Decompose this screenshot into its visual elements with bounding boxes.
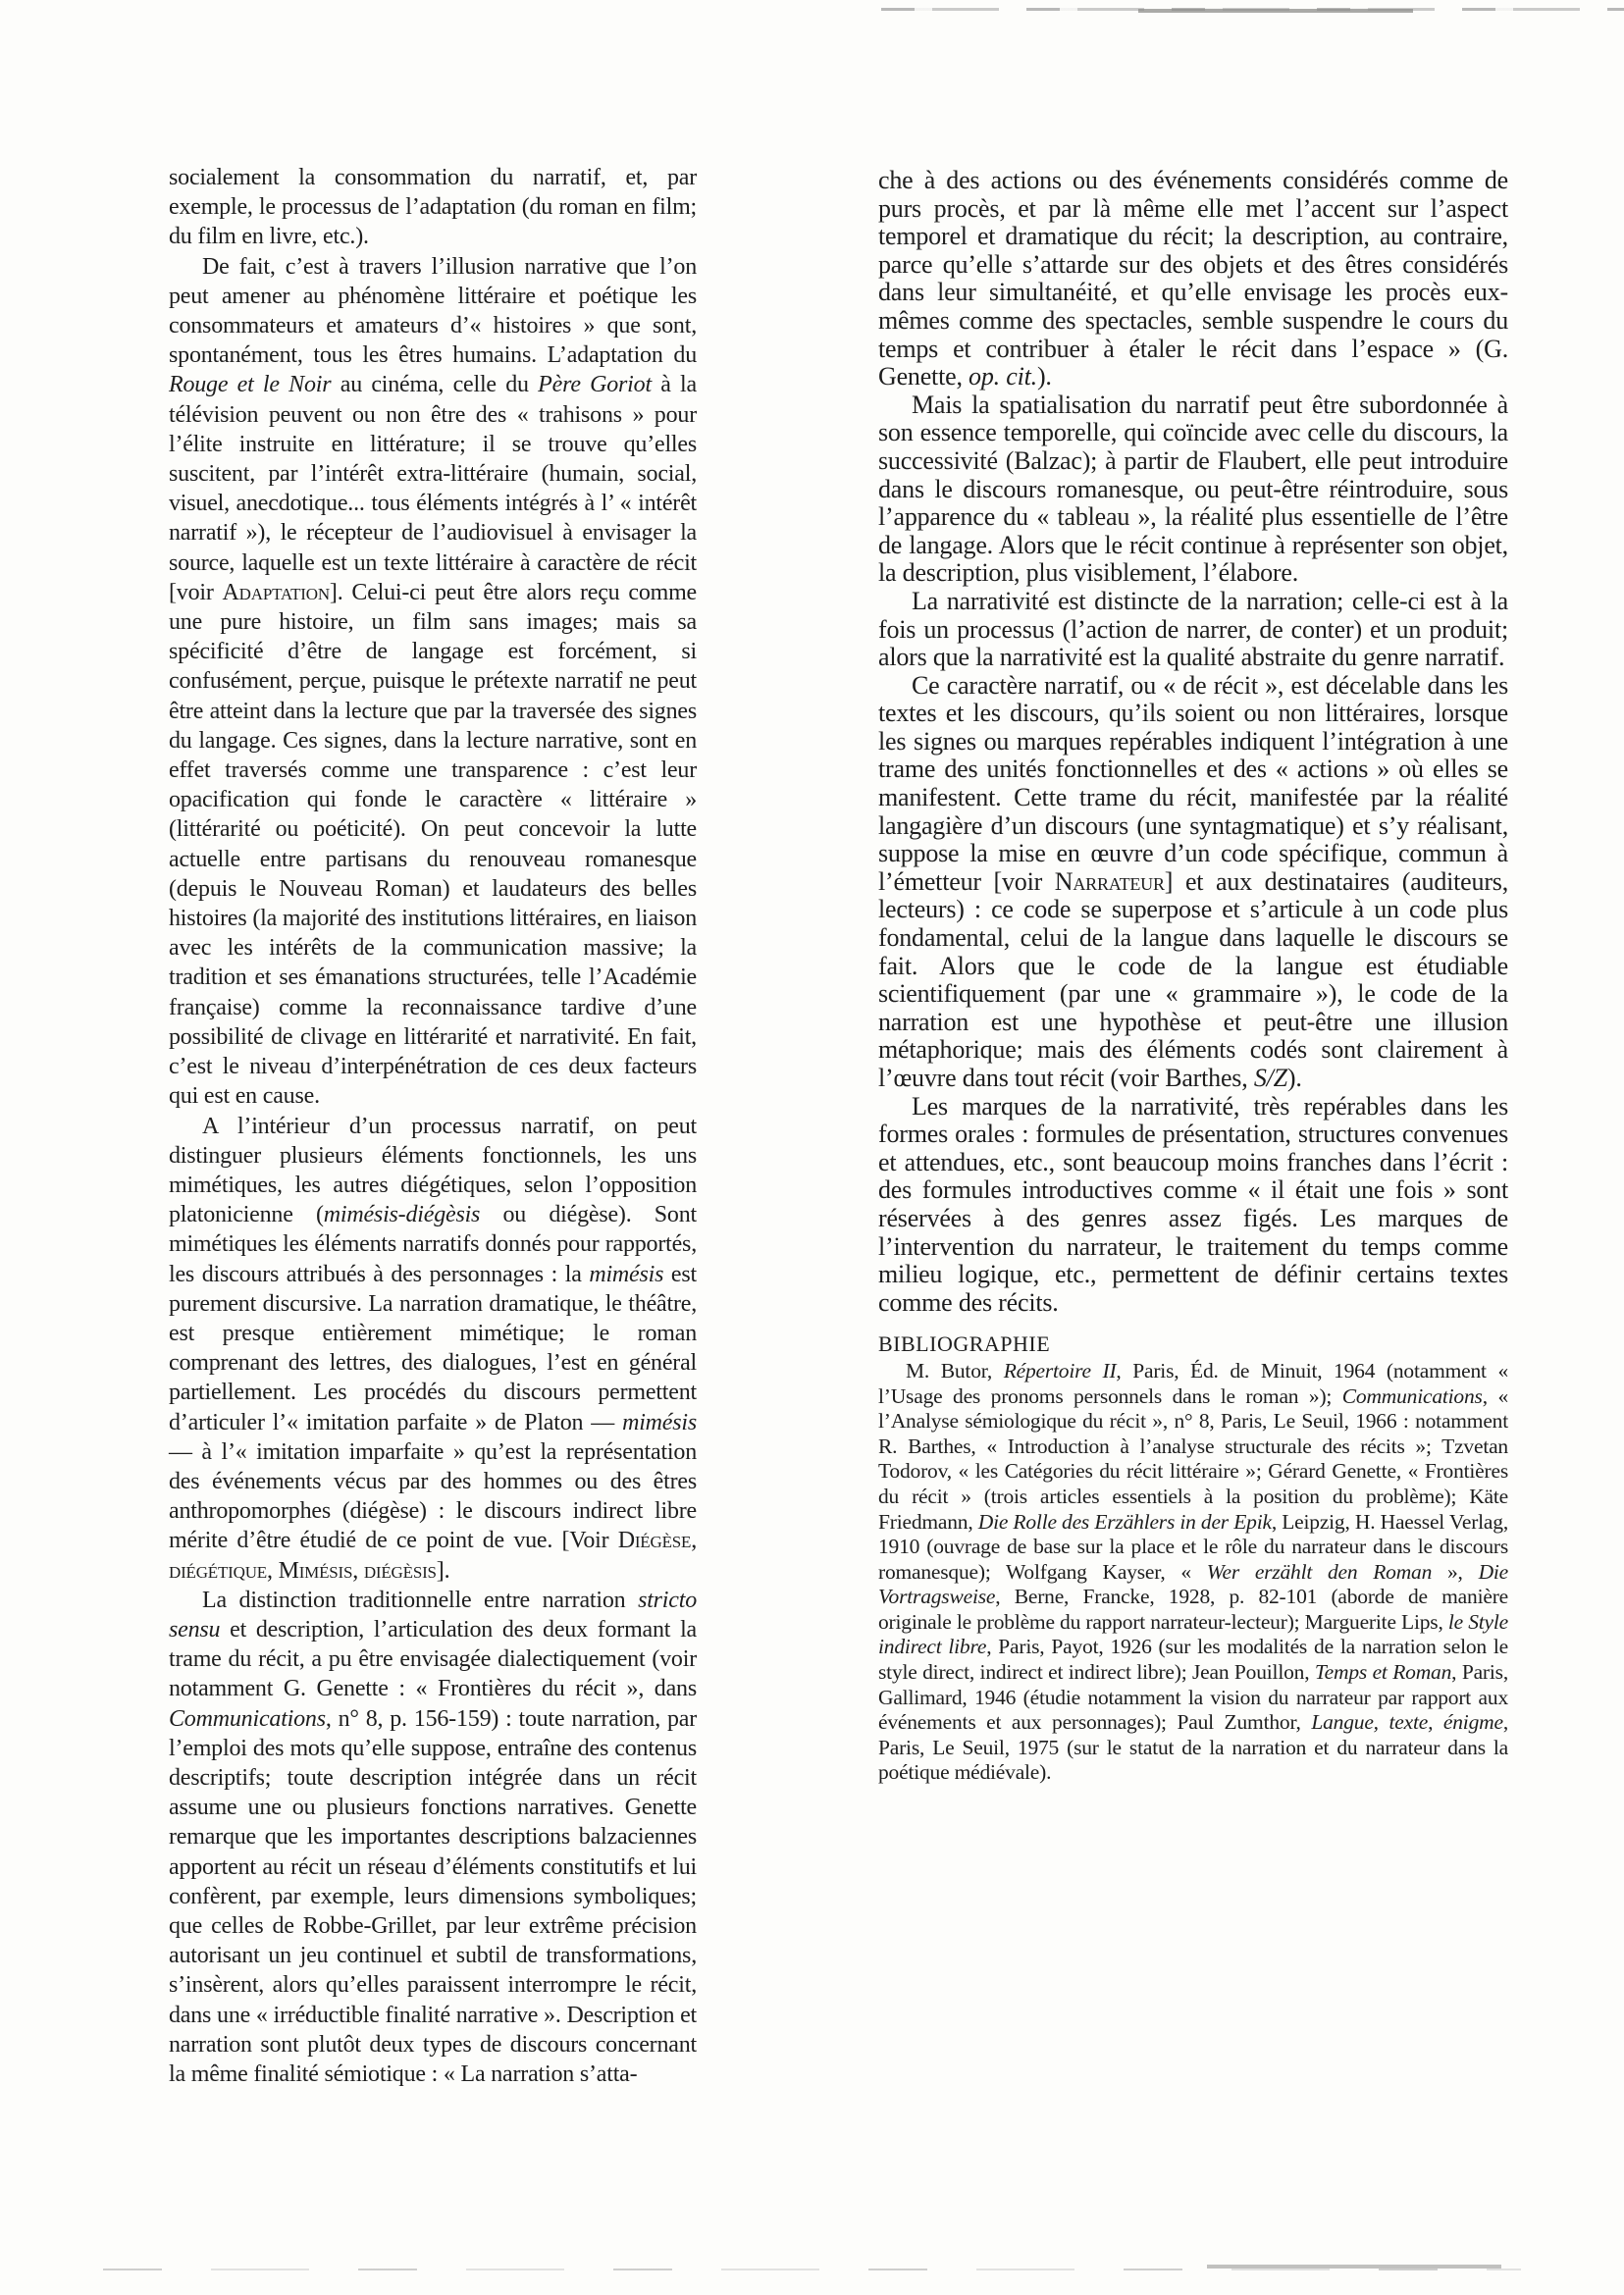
paragraph: M. Butor, Répertoire II, Paris, Éd. de M… (878, 1359, 1508, 1786)
paragraph: La narrativité est distincte de la narra… (878, 588, 1508, 672)
body-text: La narrativité est distincte de la narra… (878, 587, 1508, 671)
body-text: au cinéma, celle du (331, 372, 538, 397)
body-text: ). (1287, 1064, 1302, 1092)
body-text: socialement la consommation du narratif,… (169, 165, 697, 249)
italic-text: S/Z (1254, 1064, 1287, 1092)
body-text: à la télévision peuvent ou non être des … (169, 372, 697, 604)
small-caps-cross-reference: Adaptation (223, 580, 330, 605)
italic-text: Langue, texte, énigme (1311, 1710, 1502, 1734)
italic-text: mimésis (622, 1410, 697, 1435)
paragraph: Les marques de la narrativité, très repé… (878, 1093, 1508, 1318)
body-text: ]. Celui-ci peut être alors reçu comme u… (169, 580, 697, 1109)
body-text: ). (1037, 362, 1052, 391)
italic-text: Wer erzählt den Roman (1207, 1560, 1432, 1584)
body-text: La distinction traditionnelle entre narr… (202, 1588, 638, 1613)
body-text: », (1432, 1560, 1478, 1584)
scan-artifact-bottom-line (103, 2269, 1521, 2270)
body-text: che à des actions ou des événements cons… (878, 166, 1508, 391)
paragraph: La distinction traditionnelle entre narr… (169, 1586, 697, 2089)
paragraph: De fait, c’est à travers l’illusion narr… (169, 252, 697, 1112)
body-text: Les marques de la narrativité, très repé… (878, 1092, 1508, 1317)
body-text: ] et aux destinataires (auditeurs, lecte… (878, 867, 1508, 1092)
body-text: Ce caractère narratif, ou « de récit », … (878, 671, 1508, 896)
italic-text: mimésis (589, 1262, 663, 1287)
body-text: M. Butor, (906, 1359, 1004, 1382)
italic-text: mimésis-diégèsis (324, 1202, 480, 1227)
body-text: et description, l’articulation des deux … (169, 1617, 697, 1701)
body-text: , n° 8, p. 156-159) : toute narration, p… (169, 1706, 697, 2087)
italic-text: Die Rolle des Erzählers in der Epik (978, 1510, 1272, 1534)
right-column-body: che à des actions ou des événements cons… (878, 167, 1508, 1317)
paragraph: che à des actions ou des événements cons… (878, 167, 1508, 391)
scan-artifact-bottom-line-dark (1207, 2265, 1501, 2269)
bibliography-heading: BIBLIOGRAPHIE (878, 1330, 1508, 1359)
italic-text: Temps et Roman (1315, 1660, 1451, 1684)
scan-artifact-top-line-dark (1138, 9, 1413, 13)
paragraph: Ce caractère narratif, ou « de récit », … (878, 672, 1508, 1093)
italic-text: Communications (1342, 1384, 1483, 1408)
italic-text: Rouge et le Noir (169, 372, 331, 397)
italic-text: Père Goriot (538, 372, 652, 397)
body-text: De fait, c’est à travers l’illusion narr… (169, 254, 697, 369)
paragraph: Mais la spatialisation du narratif peut … (878, 391, 1508, 588)
bibliography-section: M. Butor, Répertoire II, Paris, Éd. de M… (878, 1359, 1508, 1786)
body-text: est purement discursive. La narration dr… (169, 1262, 697, 1435)
body-text: Mais la spatialisation du narratif peut … (878, 391, 1508, 588)
small-caps-cross-reference: Narrateur (1055, 867, 1165, 896)
body-text: ]. (437, 1558, 450, 1584)
italic-text: Répertoire II (1004, 1359, 1117, 1382)
paragraph: socialement la consommation du narratif,… (169, 163, 697, 252)
left-text-column: socialement la consommation du narratif,… (169, 163, 697, 2089)
italic-text: Communications (169, 1706, 326, 1732)
right-text-column: che à des actions ou des événements cons… (878, 167, 1508, 1786)
scanned-document-page: socialement la consommation du narratif,… (0, 0, 1624, 2295)
paragraph: A l’intérieur d’un processus narratif, o… (169, 1112, 697, 1586)
italic-text: op. cit. (969, 362, 1037, 391)
